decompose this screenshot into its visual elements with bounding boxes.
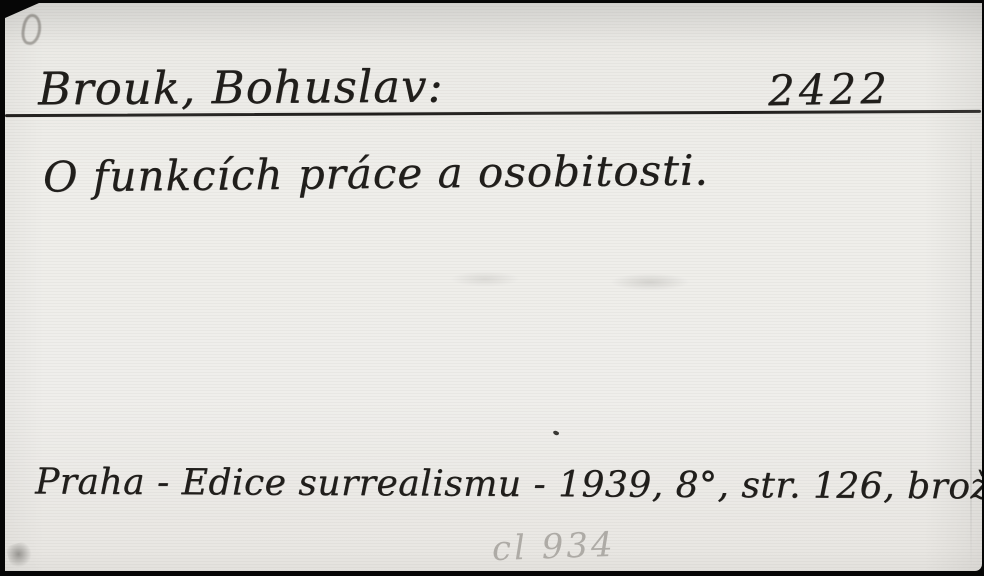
ink-fleck (552, 430, 559, 436)
catalog-number: 2422 (768, 68, 892, 113)
smudge-mark (450, 271, 520, 287)
imprint-text: Praha - Edice surrealismu - 1939, 8°, st… (35, 464, 982, 505)
smudge-mark (610, 273, 690, 291)
author-heading: Brouk, Bohuslav: (38, 64, 444, 112)
scanned-catalog-card-image: Brouk, Bohuslav: 2422 O funkcích práce a… (0, 0, 984, 576)
paper-crease (970, 131, 972, 571)
title-text: O funkcích práce a osobitosti. (43, 150, 709, 199)
pencil-shelfmark: cl 934 (491, 528, 616, 566)
smudge-mark (5, 540, 34, 569)
scan-shading (5, 3, 982, 51)
catalog-card: Brouk, Bohuslav: 2422 O funkcích práce a… (5, 3, 982, 571)
